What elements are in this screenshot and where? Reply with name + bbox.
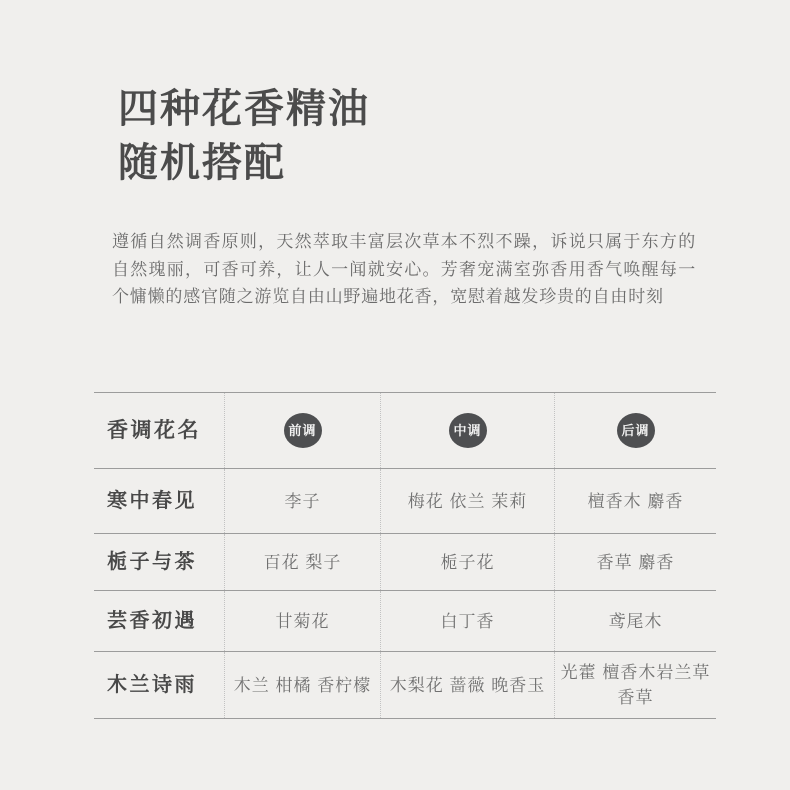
page-title-line2: 随机搭配	[118, 136, 370, 190]
row-top-note: 甘菊花	[224, 591, 380, 651]
header-base-note-cell: 后调	[554, 393, 716, 468]
product-description: 遵循自然调香原则，天然萃取丰富层次草本不烈不躁，诉说只属于东方的自然瑰丽，可香可…	[112, 228, 696, 311]
table-row: 木兰诗雨 木兰 柑橘 香柠檬 木梨花 蔷薇 晚香玉 光藿 檀香木岩兰草 香草	[94, 652, 716, 719]
base-note-badge: 后调	[617, 413, 655, 448]
row-middle-note: 白丁香	[380, 591, 554, 651]
middle-note-badge: 中调	[449, 413, 487, 448]
fragrance-notes-table: 香调花名 前调 中调 后调 寒中春见 李子 梅花 依兰 茉莉 檀香木 麝香 栀子…	[94, 392, 716, 719]
row-middle-note: 梅花 依兰 茉莉	[380, 469, 554, 533]
row-name: 栀子与茶	[94, 534, 224, 590]
row-name: 芸香初遇	[94, 591, 224, 651]
row-base-note: 鸢尾木	[554, 591, 716, 651]
row-base-note: 光藿 檀香木岩兰草 香草	[554, 652, 716, 718]
page-title-line1: 四种花香精油	[118, 82, 370, 136]
table-row: 寒中春见 李子 梅花 依兰 茉莉 檀香木 麝香	[94, 469, 716, 534]
row-base-note: 香草 麝香	[554, 534, 716, 590]
top-note-badge: 前调	[284, 413, 322, 448]
row-top-note: 木兰 柑橘 香柠檬	[224, 652, 380, 718]
row-middle-note: 栀子花	[380, 534, 554, 590]
header-name-column: 香调花名	[94, 393, 224, 468]
product-info-page: { "title": { "line1": "四种花香精油", "line2":…	[0, 0, 790, 790]
row-name: 木兰诗雨	[94, 652, 224, 718]
row-top-note: 李子	[224, 469, 380, 533]
header-top-note-cell: 前调	[224, 393, 380, 468]
table-header-row: 香调花名 前调 中调 后调	[94, 393, 716, 469]
table-row: 芸香初遇 甘菊花 白丁香 鸢尾木	[94, 591, 716, 652]
row-top-note: 百花 梨子	[224, 534, 380, 590]
header-middle-note-cell: 中调	[380, 393, 554, 468]
page-title: 四种花香精油 随机搭配	[118, 82, 370, 190]
row-middle-note: 木梨花 蔷薇 晚香玉	[380, 652, 554, 718]
table-row: 栀子与茶 百花 梨子 栀子花 香草 麝香	[94, 534, 716, 591]
row-base-note: 檀香木 麝香	[554, 469, 716, 533]
row-name: 寒中春见	[94, 469, 224, 533]
